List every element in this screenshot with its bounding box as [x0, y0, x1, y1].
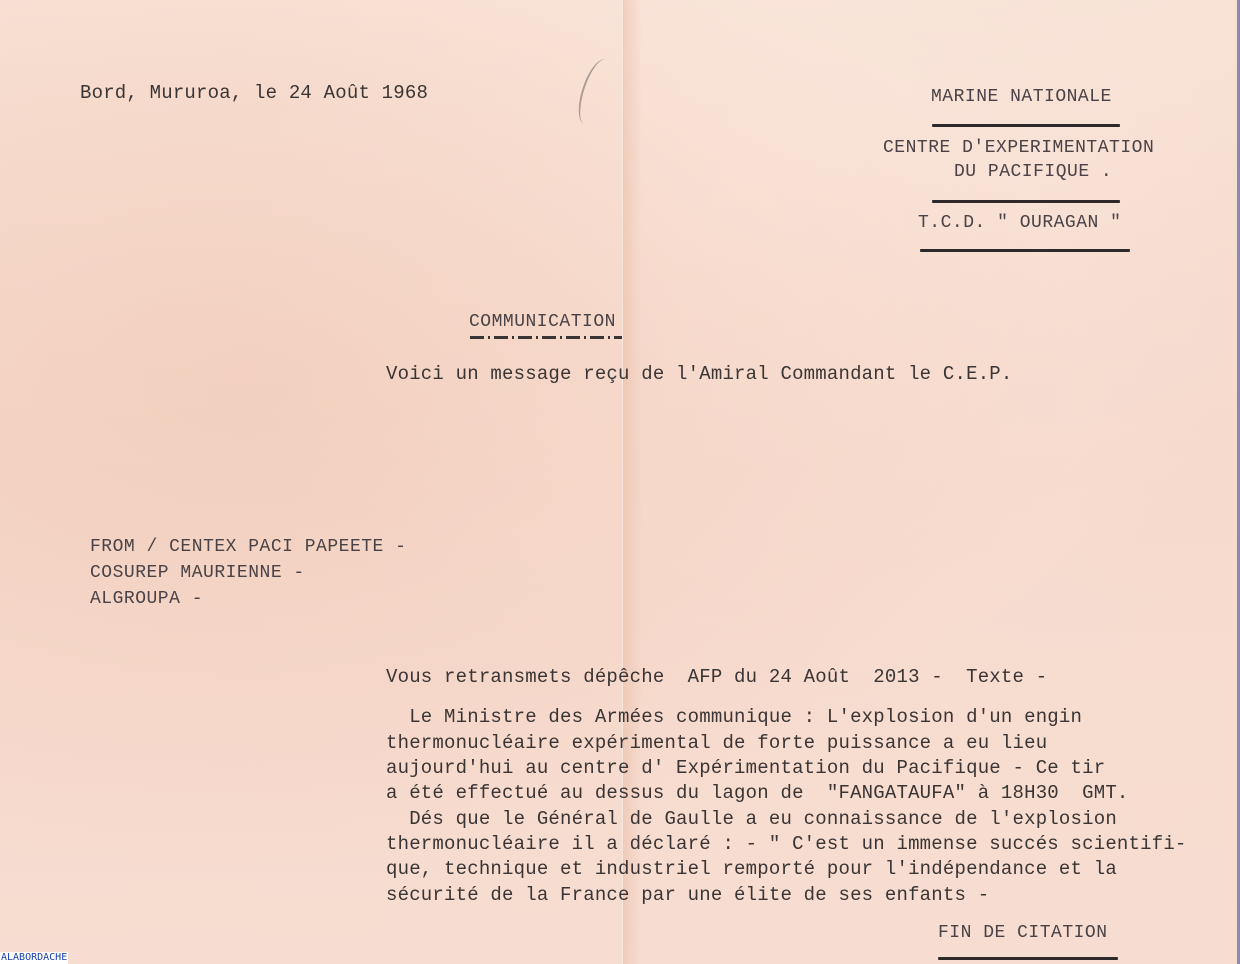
letterhead-rule-1	[932, 124, 1120, 127]
from-line-2: COSUREP MAURIENNE -	[90, 563, 305, 583]
document-title: COMMUNICATION	[469, 312, 616, 332]
intro-line: Voici un message reçu de l'Amiral Comman…	[386, 363, 1013, 385]
body-line: thermonucléaire il a déclaré : - " C'est…	[386, 833, 1187, 855]
closing-rule	[938, 957, 1118, 960]
letterhead-pacifique: DU PACIFIQUE .	[954, 162, 1112, 182]
body-line: Dés que le Général de Gaulle a eu connai…	[386, 808, 1117, 830]
body-line: sécurité de la France par une élite de s…	[386, 884, 989, 906]
letterhead-ship: T.C.D. " OURAGAN "	[918, 213, 1121, 233]
letterhead-rule-3	[920, 249, 1130, 252]
letterhead-centre: CENTRE D'EXPERIMENTATION	[883, 138, 1154, 158]
watermark-label: ALABORDACHE	[0, 952, 68, 964]
closing-text: FIN DE CITATION	[938, 923, 1108, 943]
from-line-1: FROM / CENTEX PACI PAPEETE -	[90, 537, 406, 557]
from-line-3: ALGROUPA -	[90, 589, 203, 609]
body-line: que, technique et industriel remporté po…	[386, 858, 1117, 880]
place-date: Bord, Mururoa, le 24 Août 1968	[80, 82, 428, 104]
body-line: a été effectué au dessus du lagon de "FA…	[386, 782, 1129, 804]
title-underline	[470, 336, 622, 339]
letterhead-rule-2	[932, 200, 1120, 203]
dispatch-line: Vous retransmets dépêche AFP du 24 Août …	[386, 666, 1047, 688]
body-line: aujourd'hui au centre d' Expérimentation…	[386, 757, 1105, 779]
body-line: thermonucléaire expérimental de forte pu…	[386, 732, 1047, 754]
letterhead-marine-nationale: MARINE NATIONALE	[931, 87, 1112, 107]
body-line: Le Ministre des Armées communique : L'ex…	[386, 706, 1082, 728]
